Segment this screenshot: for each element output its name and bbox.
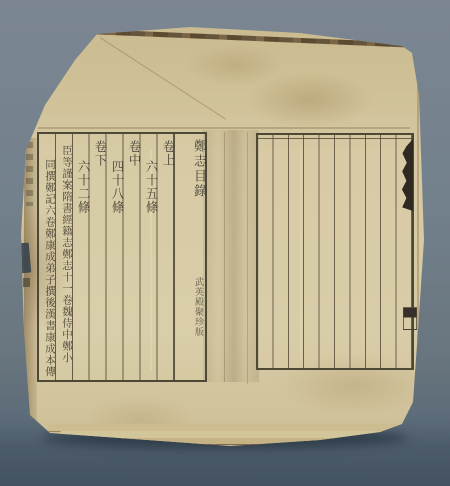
toc-volume-label: 卷上 (159, 140, 174, 167)
leaf-fold-line (38, 127, 410, 129)
binding-gutter (203, 130, 259, 382)
fore-edge-text-hint (26, 142, 33, 206)
paper-crease (100, 37, 226, 120)
toc-volume-label: 卷下 (91, 140, 106, 167)
gutter-crease (224, 132, 225, 382)
toc-count-label: 四十八條 (108, 160, 123, 214)
fore-edge-stamp (16, 242, 32, 273)
worn-top-edge (94, 29, 414, 47)
banxin-fishtail-mark (403, 307, 417, 330)
left-page-frame: 鄭志目錄 武英殿聚珍版 卷上 六十五條 卷中 四十八條 卷下 六十二條 臣等謹案… (37, 132, 207, 382)
banxin-divider-line (174, 134, 175, 380)
gutter-crease (247, 132, 248, 384)
toc-count-label: 六十五條 (142, 160, 157, 214)
imprint-label: 武英殿聚珍版 (180, 277, 202, 337)
abstract-column: 同撰鄭記六卷鄭康成弟子撰後漢書康成本傳 (41, 159, 55, 378)
toc-volume-label: 卷中 (125, 140, 140, 167)
right-page-frame (256, 133, 414, 370)
book: 鄭志目錄 武英殿聚珍版 卷上 六十五條 卷中 四十八條 卷下 六十二條 臣等謹案… (0, 0, 450, 486)
right-page-double-border (258, 138, 412, 139)
page-edge-crease (417, 62, 419, 402)
abstract-column: 臣等謹案隋書經籍志鄭志十一卷魏侍中鄭小 (57, 145, 72, 364)
right-page-column-lines (258, 135, 412, 368)
toc-count-label: 六十二條 (74, 160, 89, 214)
fore-edge-mark (23, 278, 30, 287)
photo-of-old-chinese-book: 鄭志目錄 武英殿聚珍版 卷上 六十五條 卷中 四十八條 卷下 六十二條 臣等謹案… (0, 0, 450, 486)
page-title: 鄭志目錄 (177, 139, 205, 199)
